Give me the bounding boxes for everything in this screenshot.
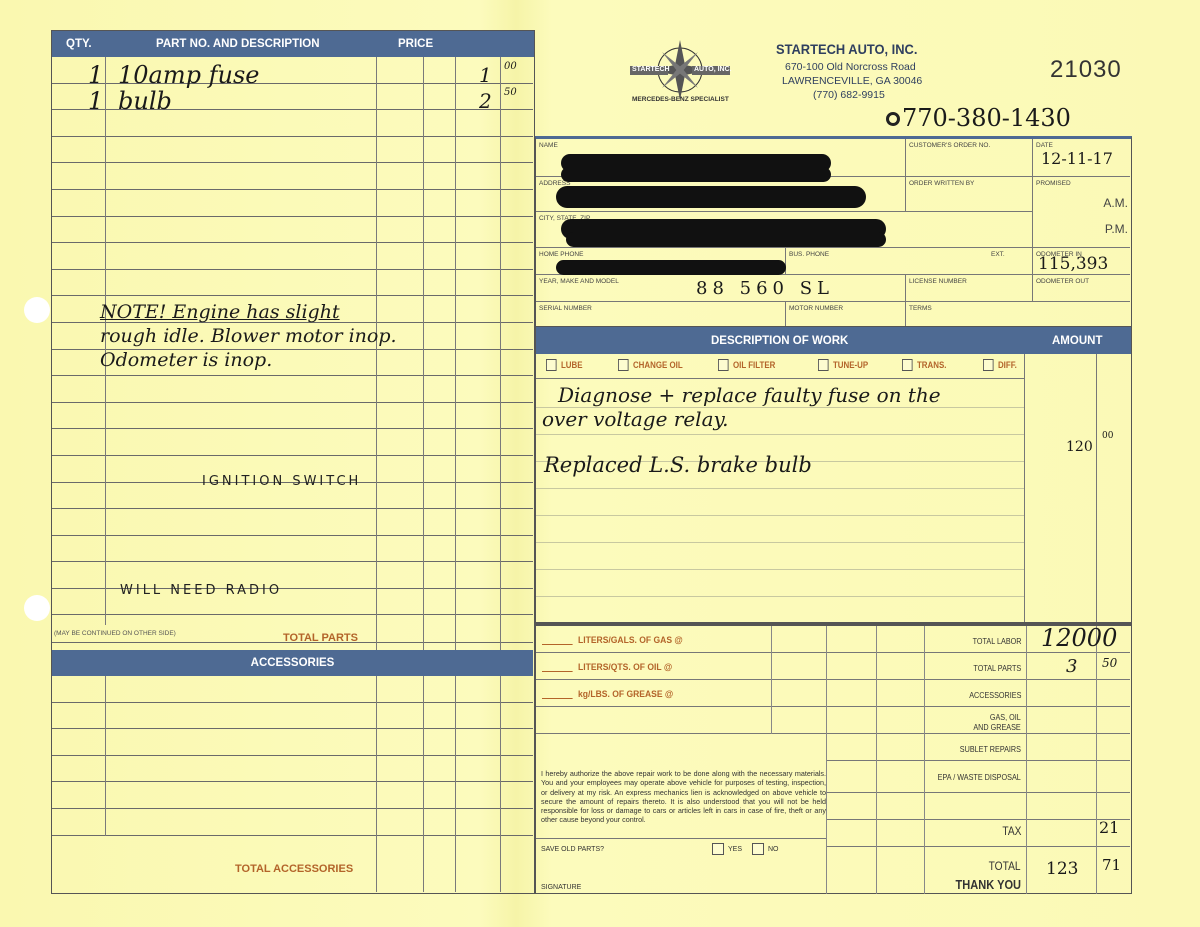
item-qty: 1 — [88, 87, 103, 115]
epa-waste-label: EPA / WASTE DISPOSAL — [938, 772, 1021, 782]
service-checkboxes: LUBE CHANGE OIL OIL FILTER TUNE-UP TRANS… — [536, 354, 1024, 379]
total-parts-cents: 50 — [1102, 656, 1117, 670]
total-parts-label: TOTAL PARTS — [973, 663, 1021, 673]
accessories-grid — [52, 676, 533, 836]
customer-info: NAME CUSTOMER'S ORDER NO. DATE ADDRESS O… — [535, 136, 1132, 326]
work-description: DESCRIPTION OF WORK AMOUNT LUBE CHANGE O… — [535, 326, 1132, 623]
parts-header: QTY. PART NO. AND DESCRIPTION PRICE — [52, 31, 534, 57]
fluid-gas: LITERS/GALS. OF GAS @ — [542, 635, 683, 646]
checkbox-change-oil[interactable]: CHANGE OIL — [618, 359, 683, 371]
checkbox-tune-up[interactable]: TUNE-UP — [818, 359, 868, 371]
qty-header: QTY. — [66, 38, 92, 50]
authorization-text: I hereby authorize the above repair work… — [541, 769, 826, 825]
checkbox-lube[interactable]: LUBE — [546, 359, 583, 371]
total-labor-value: 12000 — [1041, 624, 1117, 652]
note-line1: NOTE! Engine has slight — [100, 301, 340, 323]
item-price-dollars: 1 — [479, 63, 492, 87]
odometer-in-value: 115,393 — [1038, 254, 1108, 274]
work-line-2: over voltage relay. — [542, 407, 729, 431]
tax-value: 21 — [1099, 818, 1119, 837]
checkbox-oil-filter[interactable]: OIL FILTER — [718, 359, 775, 371]
date-value: 12-11-17 — [1041, 149, 1113, 168]
handwritten-phone: 770-380-1430 — [886, 104, 1071, 132]
fluid-grease: kg/LBS. OF GREASE @ — [542, 689, 673, 700]
fluid-oil: LITERS/QTS. OF OIL @ — [542, 662, 672, 673]
save-parts-yes[interactable]: YES — [712, 843, 742, 855]
total-cents: 71 — [1102, 856, 1121, 874]
note-line2: rough idle. Blower motor inop. — [100, 325, 397, 347]
gas-oil-grease-label: GAS, OILAND GREASE — [974, 712, 1021, 732]
binder-hole — [24, 595, 50, 621]
note-line3: Odometer is inop. — [100, 349, 272, 371]
checkbox-diff[interactable]: DIFF. — [983, 359, 1017, 371]
item-price-cents: 00 — [504, 61, 517, 72]
tax-label: TAX — [1002, 824, 1021, 838]
accessories-header: ACCESSORIES — [52, 650, 533, 676]
sublet-repairs-label: SUBLET REPAIRS — [960, 744, 1021, 754]
work-line-1: Diagnose + replace faulty fuse on the — [558, 383, 941, 407]
thank-you-label: THANK YOU — [956, 877, 1021, 892]
checkbox-trans[interactable]: TRANS. — [902, 359, 946, 371]
item-description: 10amp fuse — [118, 61, 259, 89]
save-old-parts-label: SAVE OLD PARTS? — [541, 846, 604, 853]
save-parts-no[interactable]: NO — [752, 843, 779, 855]
total-labor-label: TOTAL LABOR — [972, 636, 1021, 646]
logo-tagline: MERCEDES-BENZ SPECIALIST — [632, 96, 729, 103]
work-amount-cents: 00 — [1102, 431, 1113, 441]
company-address-1: 670-100 Old Norcross Road — [785, 61, 916, 73]
amount-header: AMOUNT — [1052, 335, 1102, 347]
note-ignition-switch: IGNITION SWITCH — [202, 474, 361, 489]
company-address-2: LAWRENCEVILLE, GA 30046 — [782, 75, 922, 87]
total-dollars: 123 — [1046, 859, 1078, 879]
repair-order-number: 21030 — [1050, 56, 1122, 84]
phone-circle-icon — [886, 112, 900, 126]
binder-hole — [24, 297, 50, 323]
item-description: bulb — [118, 87, 172, 115]
description-header: PART NO. AND DESCRIPTION — [156, 38, 320, 50]
redacted-address — [556, 186, 866, 208]
item-qty: 1 — [88, 61, 103, 89]
work-amount-dollars: 120 — [1066, 439, 1093, 455]
parts-panel: QTY. PART NO. AND DESCRIPTION PRICE 1 10… — [51, 30, 535, 894]
item-price-dollars: 2 — [479, 89, 492, 113]
signature-field[interactable]: SIGNATURE — [541, 884, 581, 891]
total-accessories-label: TOTAL ACCESSORIES — [235, 863, 353, 875]
total-label: TOTAL — [989, 859, 1021, 873]
item-price-cents: 50 — [504, 87, 517, 98]
vehicle-value: 88 560 SL — [696, 278, 834, 299]
accessories-label: ACCESSORIES — [969, 690, 1021, 700]
note-radio: WILL NEED RADIO — [120, 583, 282, 598]
company-phone: (770) 682-9915 — [813, 89, 885, 101]
total-parts-dollars: 3 — [1066, 656, 1077, 677]
company-name: STARTECH AUTO, INC. — [776, 41, 917, 57]
redacted-home-phone — [556, 260, 786, 275]
total-parts-label: TOTAL PARTS — [283, 632, 358, 644]
work-header: DESCRIPTION OF WORK — [711, 335, 848, 347]
price-header: PRICE — [398, 38, 433, 50]
repair-order-form: QTY. PART NO. AND DESCRIPTION PRICE 1 10… — [0, 0, 1200, 927]
work-line-3: Replaced L.S. brake bulb — [544, 453, 812, 477]
company-header: STARTECH AUTO, INC. MERCEDES-BENZ SPECIA… — [540, 30, 1140, 135]
continued-note: (MAY BE CONTINUED ON OTHER SIDE) — [54, 630, 176, 637]
totals-section: LITERS/GALS. OF GAS @ LITERS/QTS. OF OIL… — [535, 623, 1132, 894]
